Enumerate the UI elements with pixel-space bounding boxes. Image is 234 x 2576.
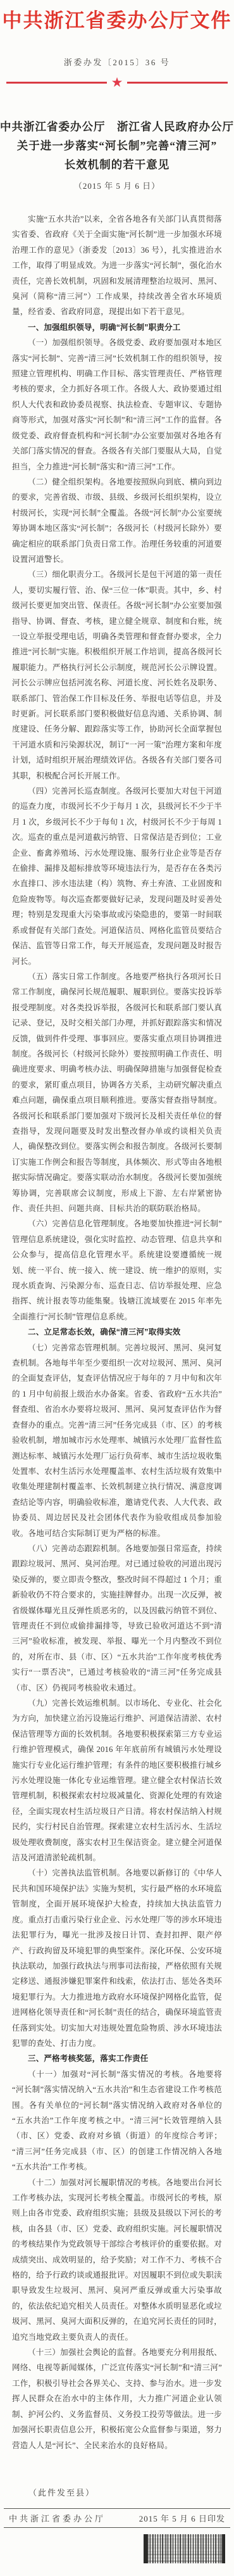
official-document-page: 中共浙江省委办公厅文件 浙委办发〔2015〕36 号 ★ 中共浙江省委办公厅 浙… — [0, 0, 234, 2576]
footer-bar: 中共浙江省委办公厅 2015 年 5 月 6 日印发 — [4, 2508, 230, 2528]
body-paragraph: （三）细化职责分工。各级河长是包干河道的第一责任人，要切实履行管、治、保“三位一… — [12, 567, 222, 784]
section-heading: 二、立足常态长效，确保“清三河”取得实效 — [12, 1324, 222, 1340]
body-paragraph: （九）完善长效运维机制。以市场化、专业化、社会化为方向，加快建立治污设施运行维护… — [12, 1696, 222, 1865]
footer-issuer: 中共浙江省委办公厅 — [9, 2512, 106, 2524]
body-paragraph: （五）落实日常工作制度。各地要严格执行各项河长日常工作制度，确保河长规范履职、履… — [12, 969, 222, 1217]
body-paragraph: （六）完善信息化管理制度。各地要加快推进“河长制”管理信息系统建设，强化实时监控… — [12, 1216, 222, 1324]
masthead-title: 中共浙江省委办公厅文件 — [0, 6, 234, 35]
body-paragraph: （十三）加强社会舆论的监督。各地要充分利用报纸、网络、电视等新闻媒体，广泛宣传落… — [12, 2345, 222, 2453]
document-title-line-1: 中共浙江省委办公厅 浙江省人民政府办公厅 — [0, 117, 234, 136]
star-icon: ★ — [111, 76, 123, 89]
section-heading: 三、严格考核奖惩，落实工作责任 — [12, 2051, 222, 2066]
document-date: （2015 年 5 月 6 日） — [0, 179, 234, 191]
barcode-row — [0, 2534, 234, 2563]
document-title-line-3: 长效机制的若干意见 — [0, 155, 234, 174]
red-divider: ★ — [0, 76, 234, 89]
body-paragraph: （二）健全组织架构。各地要按照纵向到底、横向到边的要求，完善省级、市级、县级、乡… — [12, 474, 222, 567]
body-paragraph: （十二）加强对河长履职情况的考核。各地要出台河长工作考核办法，实现河长考核全覆盖… — [12, 2175, 222, 2345]
red-rule-left — [6, 82, 107, 84]
body-paragraph: （七）完善常态管理机制。完善垃圾河、黑河、臭河复查机制。各地每半年至少要组织一次… — [12, 1340, 222, 1541]
body-paragraph: （八）完善动态跟踪机制。各地要加强日常巡查，持续跟踪垃圾河、黑河、臭河治理。对已… — [12, 1541, 222, 1696]
distribution-note: （此件发至县） — [0, 2486, 234, 2498]
document-body: 实施“五水共治”以来，全省各地各有关部门认真贯彻落实省委、省政府《关于全面实施“… — [0, 212, 234, 2453]
body-paragraph: （十一）加强对“河长制”落实情况的考核。各地要将“河长制”落实情况纳入“五水共治… — [12, 2067, 222, 2175]
document-title-line-2: 关于进一步落实“河长制”完善“清三河” — [0, 136, 234, 155]
footer-print-date: 2015 年 5 月 6 日印发 — [139, 2512, 225, 2524]
body-paragraph: （十）完善执法监管机制。各地要以新修订的《中华人民共和国环境保护法》实施为契机，… — [12, 1865, 222, 2051]
document-title: 中共浙江省委办公厅 浙江省人民政府办公厅 关于进一步落实“河长制”完善“清三河”… — [0, 117, 234, 174]
body-paragraph: 实施“五水共治”以来，全省各地各有关部门认真贯彻落实省委、省政府《关于全面实施“… — [12, 212, 222, 320]
body-paragraph: （一）加强组织领导。各级党委、政府要加强对本地区落实“河长制”、完善“清三河”长… — [12, 335, 222, 474]
red-rule-right — [127, 82, 228, 84]
section-heading: 一、加强组织领导，明确“河长制”职责分工 — [12, 320, 222, 335]
barcode-image — [144, 2534, 225, 2563]
document-number: 浙委办发〔2015〕36 号 — [0, 56, 234, 68]
body-paragraph: （四）完善河长巡查制度。各级河长要加大对包干河道的巡查力度，市级河长不少于每月 … — [12, 784, 222, 969]
